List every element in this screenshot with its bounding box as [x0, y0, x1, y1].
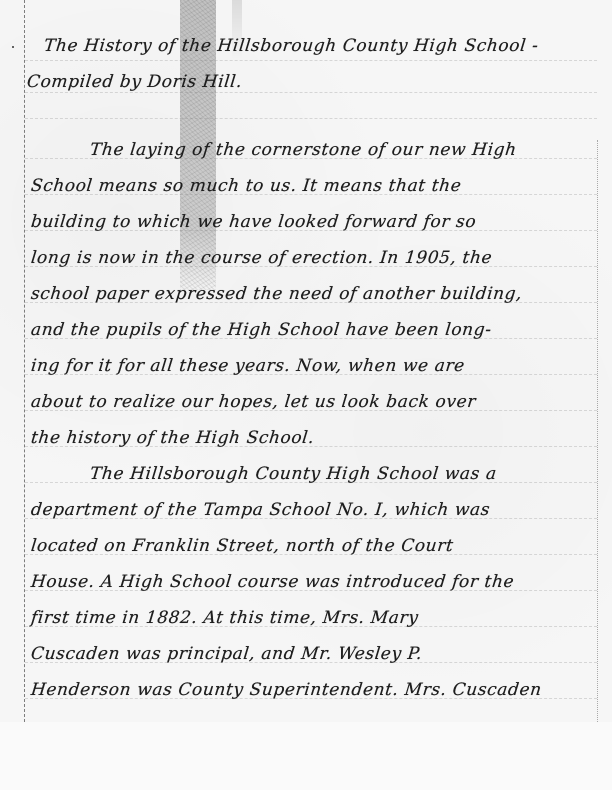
stray-mark	[12, 46, 14, 48]
ruled-line	[25, 60, 597, 61]
body-line: the history of the High School.	[30, 428, 315, 448]
body-line: Cuscaden was principal, and Mr. Wesley P…	[30, 644, 423, 664]
body-line: Henderson was County Superintendent. Mrs…	[30, 680, 543, 700]
body-line: about to realize our hopes, let us look …	[30, 392, 477, 412]
document-author: Compiled by Doris Hill.	[26, 72, 243, 92]
page-bottom-blank	[0, 722, 612, 790]
body-line: The Hillsborough County High School was …	[89, 464, 498, 484]
body-line: and the pupils of the High School have b…	[30, 320, 493, 340]
handwritten-page: The History of the Hillsborough County H…	[0, 0, 612, 722]
right-margin-line	[597, 140, 599, 722]
left-margin-line	[24, 0, 26, 722]
ruled-line	[25, 92, 597, 93]
body-line: school paper expressed the need of anoth…	[30, 284, 523, 304]
body-line: first time in 1882. At this time, Mrs. M…	[30, 608, 420, 628]
ruled-line	[25, 118, 597, 119]
body-line: ing for it for all these years. Now, whe…	[30, 356, 466, 376]
body-line: located on Franklin Street, north of the…	[30, 536, 455, 556]
body-line: department of the Tampa School No. I, wh…	[30, 500, 491, 520]
body-line: long is now in the course of erection. I…	[30, 248, 493, 268]
body-line: School means so much to us. It means tha…	[30, 176, 463, 196]
document-title: The History of the Hillsborough County H…	[43, 36, 540, 56]
body-line: The laying of the cornerstone of our new…	[89, 140, 518, 160]
body-line: building to which we have looked forward…	[30, 212, 477, 232]
body-line: House. A High School course was introduc…	[30, 572, 515, 592]
